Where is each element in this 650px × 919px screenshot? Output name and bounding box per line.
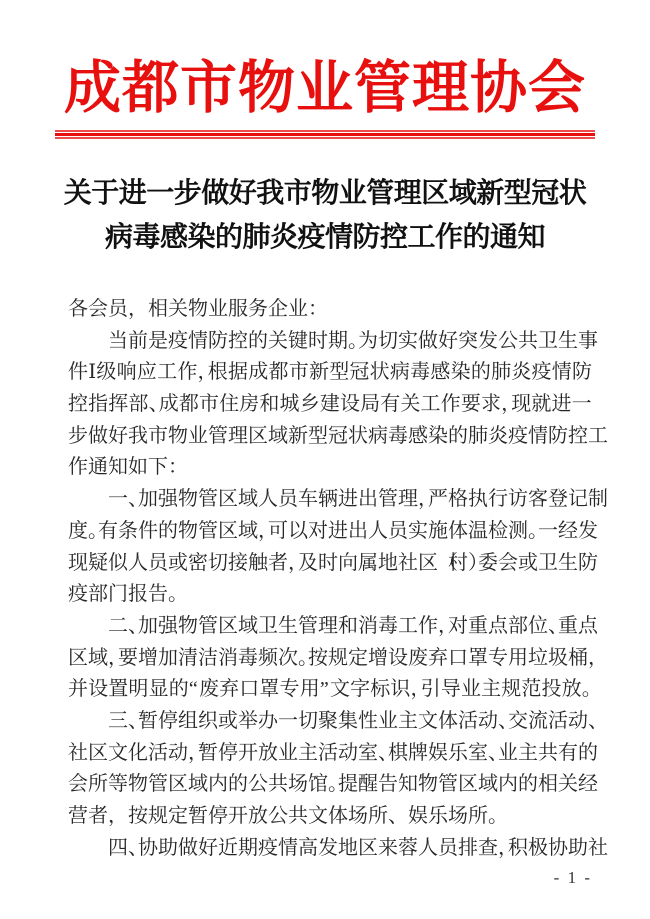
body-line: 社区文化活动，暂停开放业主活动室、棋牌娱乐室、业主共有的 [68, 738, 592, 770]
letterhead-divider [55, 130, 595, 139]
body-line: 并设置明显的“废弃口罩专用”文字标识，引导业主规范投放。 [68, 674, 592, 706]
document-title-line-1: 关于进一步做好我市物业管理区域新型冠状 [0, 172, 650, 216]
body-line: 步做好我市物业管理区域新型冠状病毒感染的肺炎疫情防控工 [68, 421, 592, 453]
document-body: 各会员，相关物业服务企业：当前是疫情防控的关键时期。为切实做好突发公共卫生事件Ⅰ… [68, 294, 592, 864]
document-page: 成都市物业管理协会 关于进一步做好我市物业管理区域新型冠状 病毒感染的肺炎疫情防… [0, 0, 650, 919]
letterhead-org-title: 成都市物业管理协会 [0, 56, 650, 122]
body-line: 疫部门报告。 [68, 579, 592, 611]
document-title-line-2: 病毒感染的肺炎疫情防控工作的通知 [0, 216, 650, 260]
body-line: 三、暂停组织或举办一切聚集性业主文体活动、交流活动、 [68, 706, 592, 738]
body-line: 作通知如下： [68, 452, 592, 484]
body-line: 区域，要增加清洁消毒频次。按规定增设废弃口罩专用垃圾桶， [68, 643, 592, 675]
document-title: 关于进一步做好我市物业管理区域新型冠状 病毒感染的肺炎疫情防控工作的通知 [0, 172, 650, 260]
body-line: 度。有条件的物管区域，可以对进出人员实施体温检测。一经发 [68, 516, 592, 548]
body-line: 件Ⅰ级响应工作，根据成都市新型冠状病毒感染的肺炎疫情防 [68, 357, 592, 389]
body-line: 控指挥部、成都市住房和城乡建设局有关工作要求，现就进一 [68, 389, 592, 421]
body-line: 现疑似人员或密切接触者，及时向属地社区（村）委会或卫生防 [68, 548, 592, 580]
body-line: 营者，按规定暂停开放公共文体场所、娱乐场所。 [68, 801, 592, 833]
body-line: 二、加强物管区域卫生管理和消毒工作，对重点部位、重点 [68, 611, 592, 643]
rule-line-bottom [55, 137, 595, 139]
page-number: - 1 - [554, 868, 592, 888]
body-line: 四、协助做好近期疫情高发地区来蓉人员排查，积极协助社 [68, 833, 592, 865]
body-line: 当前是疫情防控的关键时期。为切实做好突发公共卫生事 [68, 326, 592, 358]
body-line: 一、加强物管区域人员车辆进出管理，严格执行访客登记制 [68, 484, 592, 516]
rule-line-top [55, 130, 595, 132]
body-line: 各会员，相关物业服务企业： [68, 294, 592, 326]
body-line: 会所等物管区域内的公共场馆。提醒告知物管区域内的相关经 [68, 769, 592, 801]
